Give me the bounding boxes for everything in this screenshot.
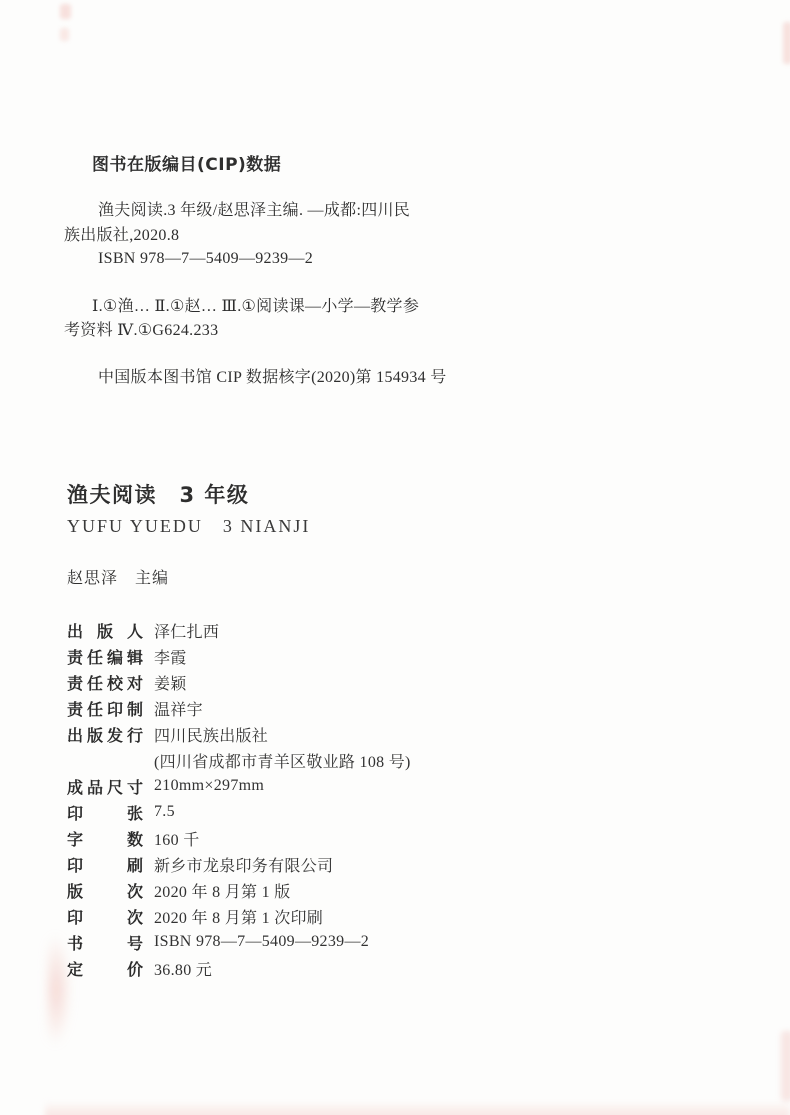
- scan-edge-mark-bottom-right: [781, 1031, 790, 1101]
- colophon-value: 210mm×297mm: [154, 777, 264, 795]
- colophon-value: 7.5: [154, 803, 175, 821]
- colophon-value: 李霞: [154, 645, 187, 668]
- cip-heading: 图书在版编目(CIP)数据: [92, 150, 281, 175]
- colophon-value: ISBN 978—7—5409—9239—2: [154, 933, 369, 951]
- colophon-value: 泽仁扎西: [154, 619, 219, 642]
- colophon-label: 定价: [67, 957, 143, 980]
- scan-edge-mark-top-left-2: [60, 28, 69, 41]
- colophon-label: 书号: [67, 931, 143, 954]
- colophon-value: 160 千: [154, 827, 200, 850]
- colophon-label: 版次: [67, 879, 143, 902]
- colophon-row-printed-sheets: 印张 7.5: [67, 799, 411, 825]
- scan-edge-pink-strip-bottom: [45, 1101, 790, 1115]
- colophon-label: 成品尺寸: [67, 775, 143, 798]
- colophon-value: 温祥宇: [154, 697, 203, 720]
- colophon-label: 出版发行: [67, 723, 143, 746]
- copyright-page: 图书在版编目(CIP)数据 渔夫阅读.3 年级/赵思泽主编. —成都:四川民 族…: [0, 0, 790, 1115]
- colophon-label: 印张: [67, 801, 143, 824]
- colophon-label: 责任印制: [67, 697, 143, 720]
- colophon-label: 印次: [67, 905, 143, 928]
- colophon-row-edition: 版次 2020 年 8 月第 1 版: [67, 877, 411, 903]
- colophon-value: 36.80 元: [154, 957, 212, 980]
- colophon-value: 姜颖: [154, 671, 187, 694]
- colophon-row-trim-size: 成品尺寸 210mm×297mm: [67, 773, 411, 799]
- cip-classification-line-2: 考资料 Ⅳ.①G624.233: [64, 321, 218, 341]
- colophon-row-responsible-editor: 责任编辑 李霞: [67, 643, 411, 669]
- colophon-row-publisher-address: (四川省成都市青羊区敬业路 108 号): [67, 747, 411, 773]
- colophon-label: 责任校对: [67, 671, 143, 694]
- colophon-row-proofreader: 责任校对 姜颖: [67, 669, 411, 695]
- cip-isbn-line: ISBN 978—7—5409—9239—2: [98, 249, 313, 269]
- colophon-label: 字数: [67, 827, 143, 850]
- cip-entry-line-1: 渔夫阅读.3 年级/赵思泽主编. —成都:四川民: [98, 201, 410, 221]
- cip-entry-line-2: 族出版社,2020.8: [64, 226, 179, 246]
- colophon-table: 出版人 泽仁扎西 责任编辑 李霞 责任校对 姜颖 责任印制 温祥宇 出版发行 四…: [67, 617, 411, 981]
- colophon-row-printer: 印刷 新乡市龙泉印务有限公司: [67, 851, 411, 877]
- colophon-value: 新乡市龙泉印务有限公司: [154, 853, 333, 876]
- scan-edge-mark-top-left-1: [60, 4, 71, 19]
- book-title-pinyin: YUFU YUEDU 3 NIANJI: [67, 512, 310, 538]
- chief-editor-line: 赵思泽 主编: [67, 565, 169, 588]
- colophon-row-word-count: 字数 160 千: [67, 825, 411, 851]
- cip-classification-line-1: Ⅰ.①渔… Ⅱ.①赵… Ⅲ.①阅读课—小学—教学参: [92, 297, 419, 317]
- cip-record-number-line: 中国版本图书馆 CIP 数据核字(2020)第 154934 号: [98, 368, 447, 388]
- colophon-value: 2020 年 8 月第 1 次印刷: [154, 905, 323, 928]
- colophon-row-publisher-person: 出版人 泽仁扎西: [67, 617, 411, 643]
- colophon-value: 2020 年 8 月第 1 版: [154, 879, 291, 902]
- colophon-value: 四川民族出版社: [154, 723, 268, 746]
- book-title: 渔夫阅读 3 年级: [67, 479, 249, 509]
- colophon-row-print-supervisor: 责任印制 温祥宇: [67, 695, 411, 721]
- colophon-value: (四川省成都市青羊区敬业路 108 号): [154, 749, 411, 772]
- colophon-row-publishing-house: 出版发行 四川民族出版社: [67, 721, 411, 747]
- colophon-label: 出版人: [67, 619, 143, 642]
- colophon-row-book-number: 书号 ISBN 978—7—5409—9239—2: [67, 929, 411, 955]
- scan-edge-mark-right-top: [783, 22, 790, 64]
- colophon-label: 责任编辑: [67, 645, 143, 668]
- colophon-row-impression: 印次 2020 年 8 月第 1 次印刷: [67, 903, 411, 929]
- colophon-row-price: 定价 36.80 元: [67, 955, 411, 981]
- colophon-label: 印刷: [67, 853, 143, 876]
